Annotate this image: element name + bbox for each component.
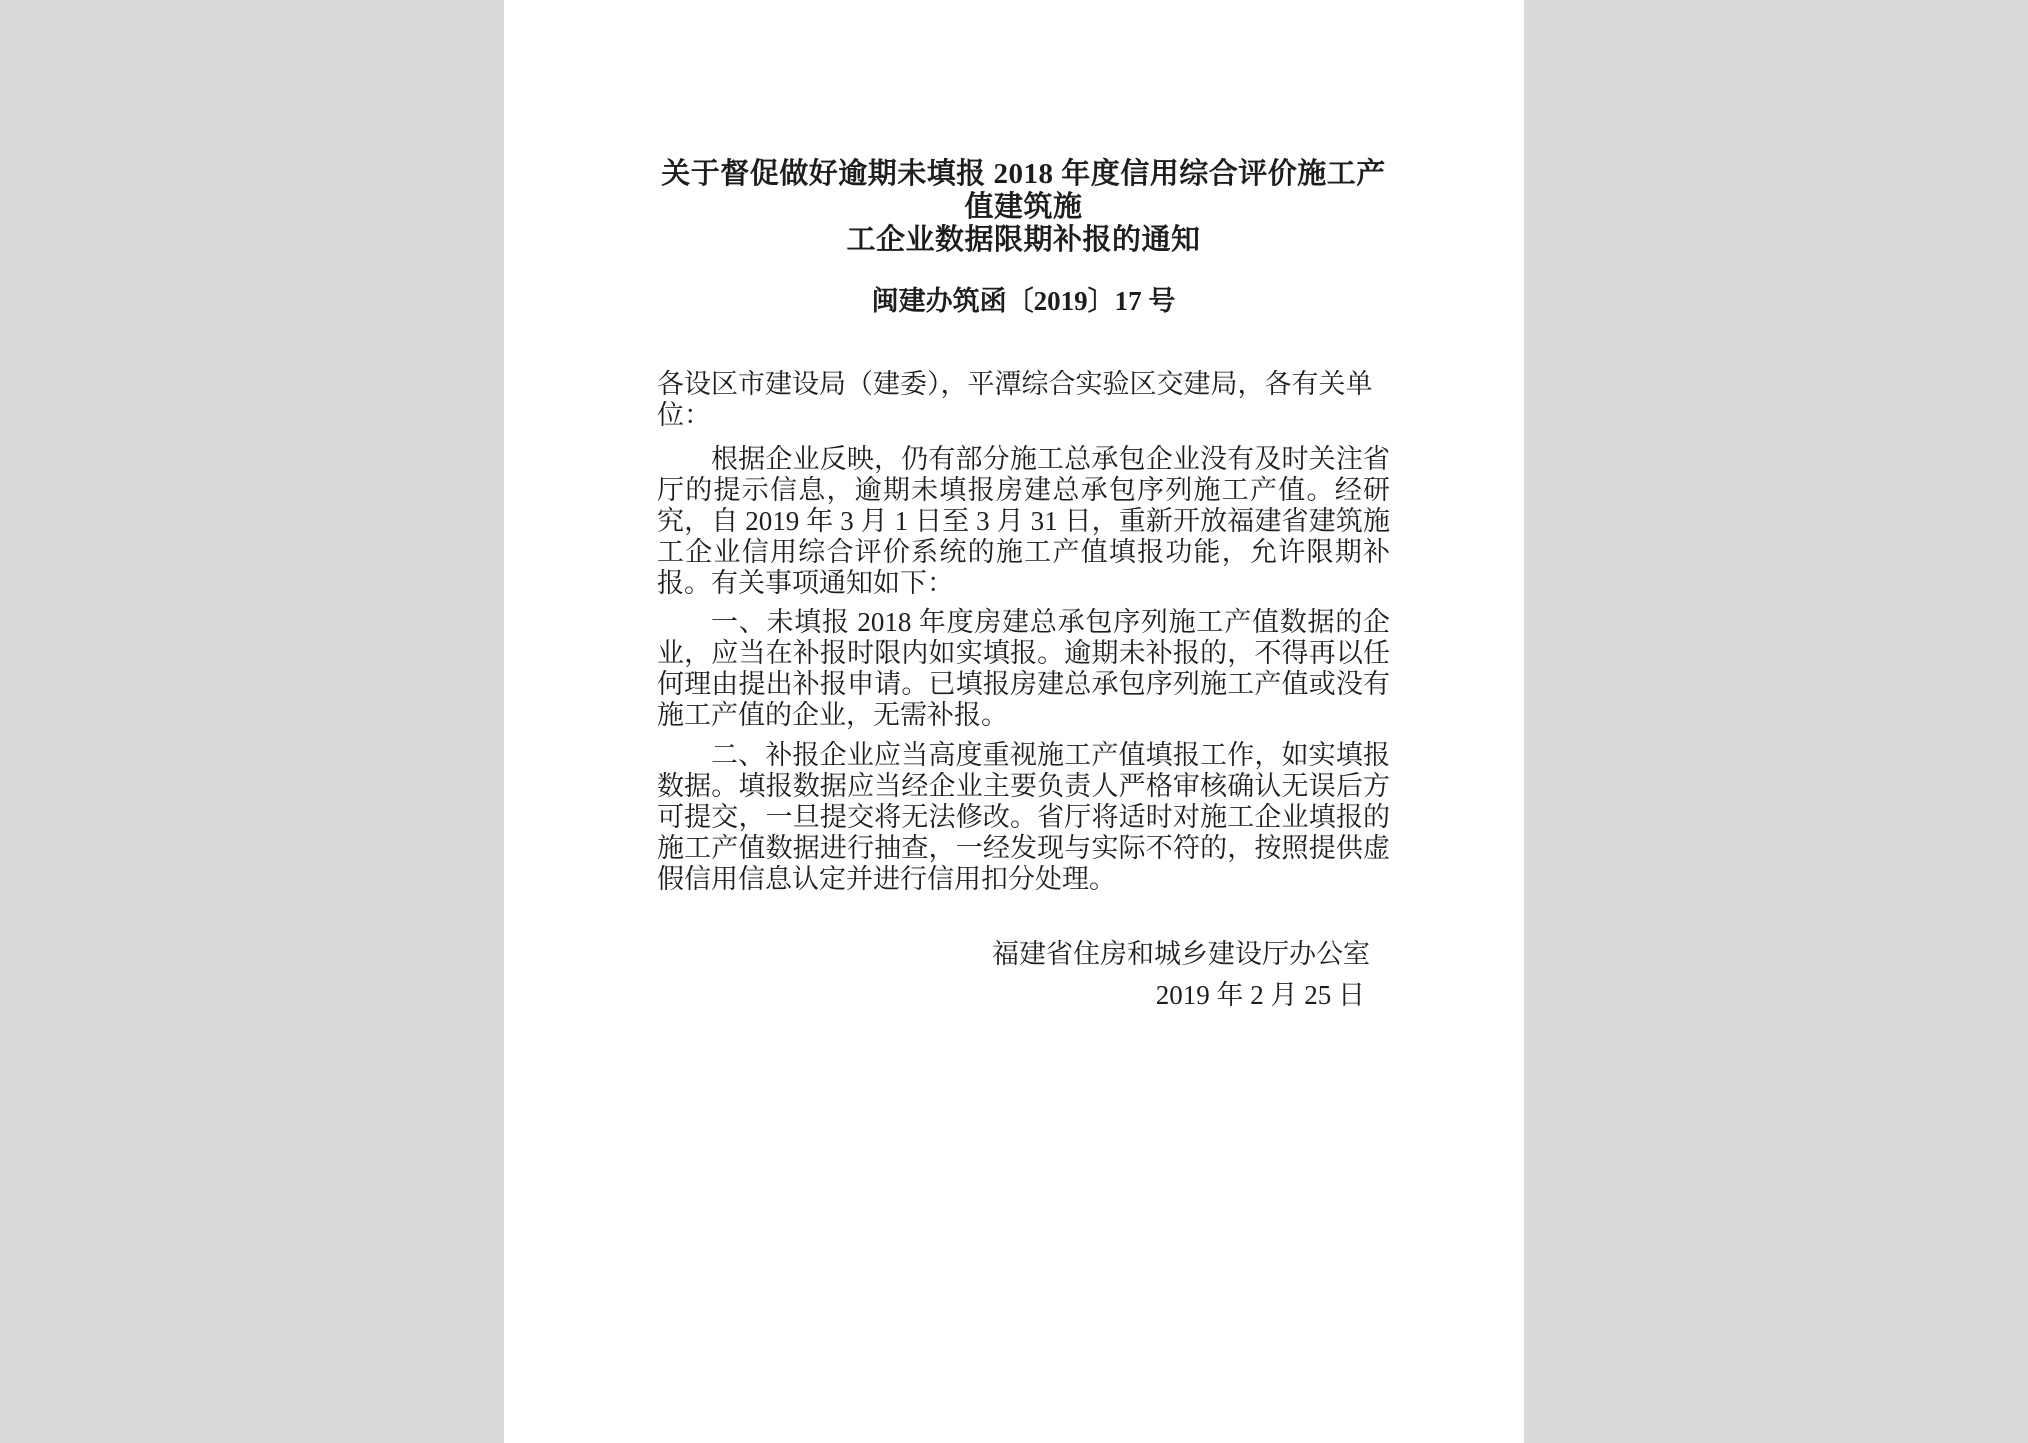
body-paragraph: 根据企业反映，仍有部分施工总承包企业没有及时关注省厅的提示信息，逾期未填报房建总… xyxy=(657,444,1390,599)
document-content: 关于督促做好逾期未填报 2018 年度信用综合评价施工产值建筑施 工企业数据限期… xyxy=(504,0,1524,1011)
issuer-signature: 福建省住房和城乡建设厅办公室 xyxy=(657,939,1390,970)
issue-date: 2019 年 2 月 25 日 xyxy=(657,980,1390,1011)
document-title-line-1: 关于督促做好逾期未填报 2018 年度信用综合评价施工产值建筑施 xyxy=(657,158,1390,224)
salutation-line: 各设区市建设局（建委），平潭综合实验区交建局，各有关单位： xyxy=(657,369,1390,431)
body-paragraph: 二、补报企业应当高度重视施工产值填报工作，如实填报数据。填报数据应当经企业主要负… xyxy=(657,740,1390,895)
document-title: 关于督促做好逾期未填报 2018 年度信用综合评价施工产值建筑施 工企业数据限期… xyxy=(657,0,1390,257)
document-viewer: 关于督促做好逾期未填报 2018 年度信用综合评价施工产值建筑施 工企业数据限期… xyxy=(0,0,2028,1443)
document-page: 关于督促做好逾期未填报 2018 年度信用综合评价施工产值建筑施 工企业数据限期… xyxy=(504,0,1524,1443)
body-paragraph: 一、未填报 2018 年度房建总承包序列施工产值数据的企业，应当在补报时限内如实… xyxy=(657,607,1390,731)
document-number: 闽建办筑函〔2019〕17 号 xyxy=(657,286,1390,317)
document-title-line-2: 工企业数据限期补报的通知 xyxy=(657,224,1390,257)
